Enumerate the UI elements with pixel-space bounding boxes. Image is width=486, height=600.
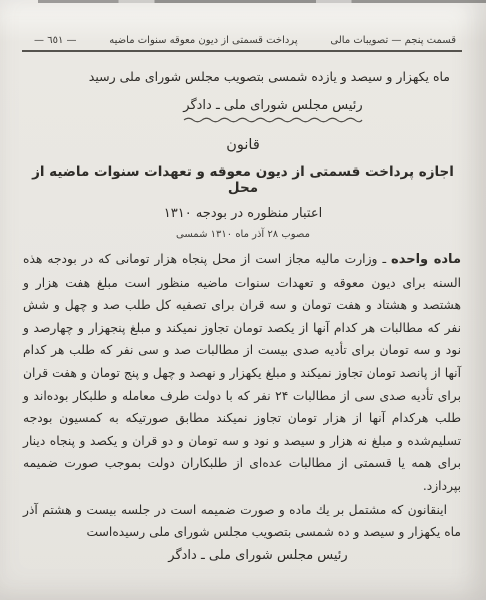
wavy-underline-decoration — [183, 115, 363, 123]
article-body-text: وزارت مالیه مجاز است از محل پنجاه هزار ت… — [23, 252, 461, 493]
closing-paragraph: اینقانون که مشتمل بر یك ماده و صورت ضمیم… — [23, 499, 461, 544]
law-approval-note: مصوب ۲۸ آذر ماه ۱۳۱۰ شمسی — [0, 229, 486, 240]
single-article-paragraph: ماده واحده ـ وزارت مالیه مجاز است از محل… — [23, 248, 461, 498]
law-subtitle: اعتبار منظوره در بودجه ۱۳۱۰ — [0, 206, 486, 221]
previous-law-signature-block: رئیس مجلس شورای ملی ـ دادگر — [30, 94, 486, 123]
header-rule — [22, 50, 462, 52]
law-signature: رئیس مجلس شورای ملی ـ دادگر — [15, 547, 486, 564]
page-header: قسمت پنجم — تصویبات مالی پرداخت قسمتی از… — [0, 0, 486, 47]
header-section-label: قسمت پنجم — تصویبات مالی — [330, 34, 456, 47]
law-title: اجازه پرداخت قسمتی از دیون معوقه و تعهدا… — [28, 164, 458, 196]
law-kicker: قانون — [0, 137, 486, 153]
article-label-separator: ـ — [377, 252, 391, 266]
previous-law-continuation-line: ماه یکهزار و سیصد و یازده شمسی بتصویب مج… — [44, 67, 450, 87]
header-page-number: — ٦٥١ — — [34, 34, 77, 47]
scanned-document-page: قسمت پنجم — تصویبات مالی پرداخت قسمتی از… — [0, 0, 486, 600]
scan-artifact-top-streak — [38, 0, 486, 3]
previous-law-signature: رئیس مجلس شورای ملی ـ دادگر — [183, 97, 362, 114]
header-running-title: پرداخت قسمتی از دیون معوقه سنوات ماضیه — [109, 34, 297, 47]
article-label: ماده واحده — [391, 252, 461, 267]
